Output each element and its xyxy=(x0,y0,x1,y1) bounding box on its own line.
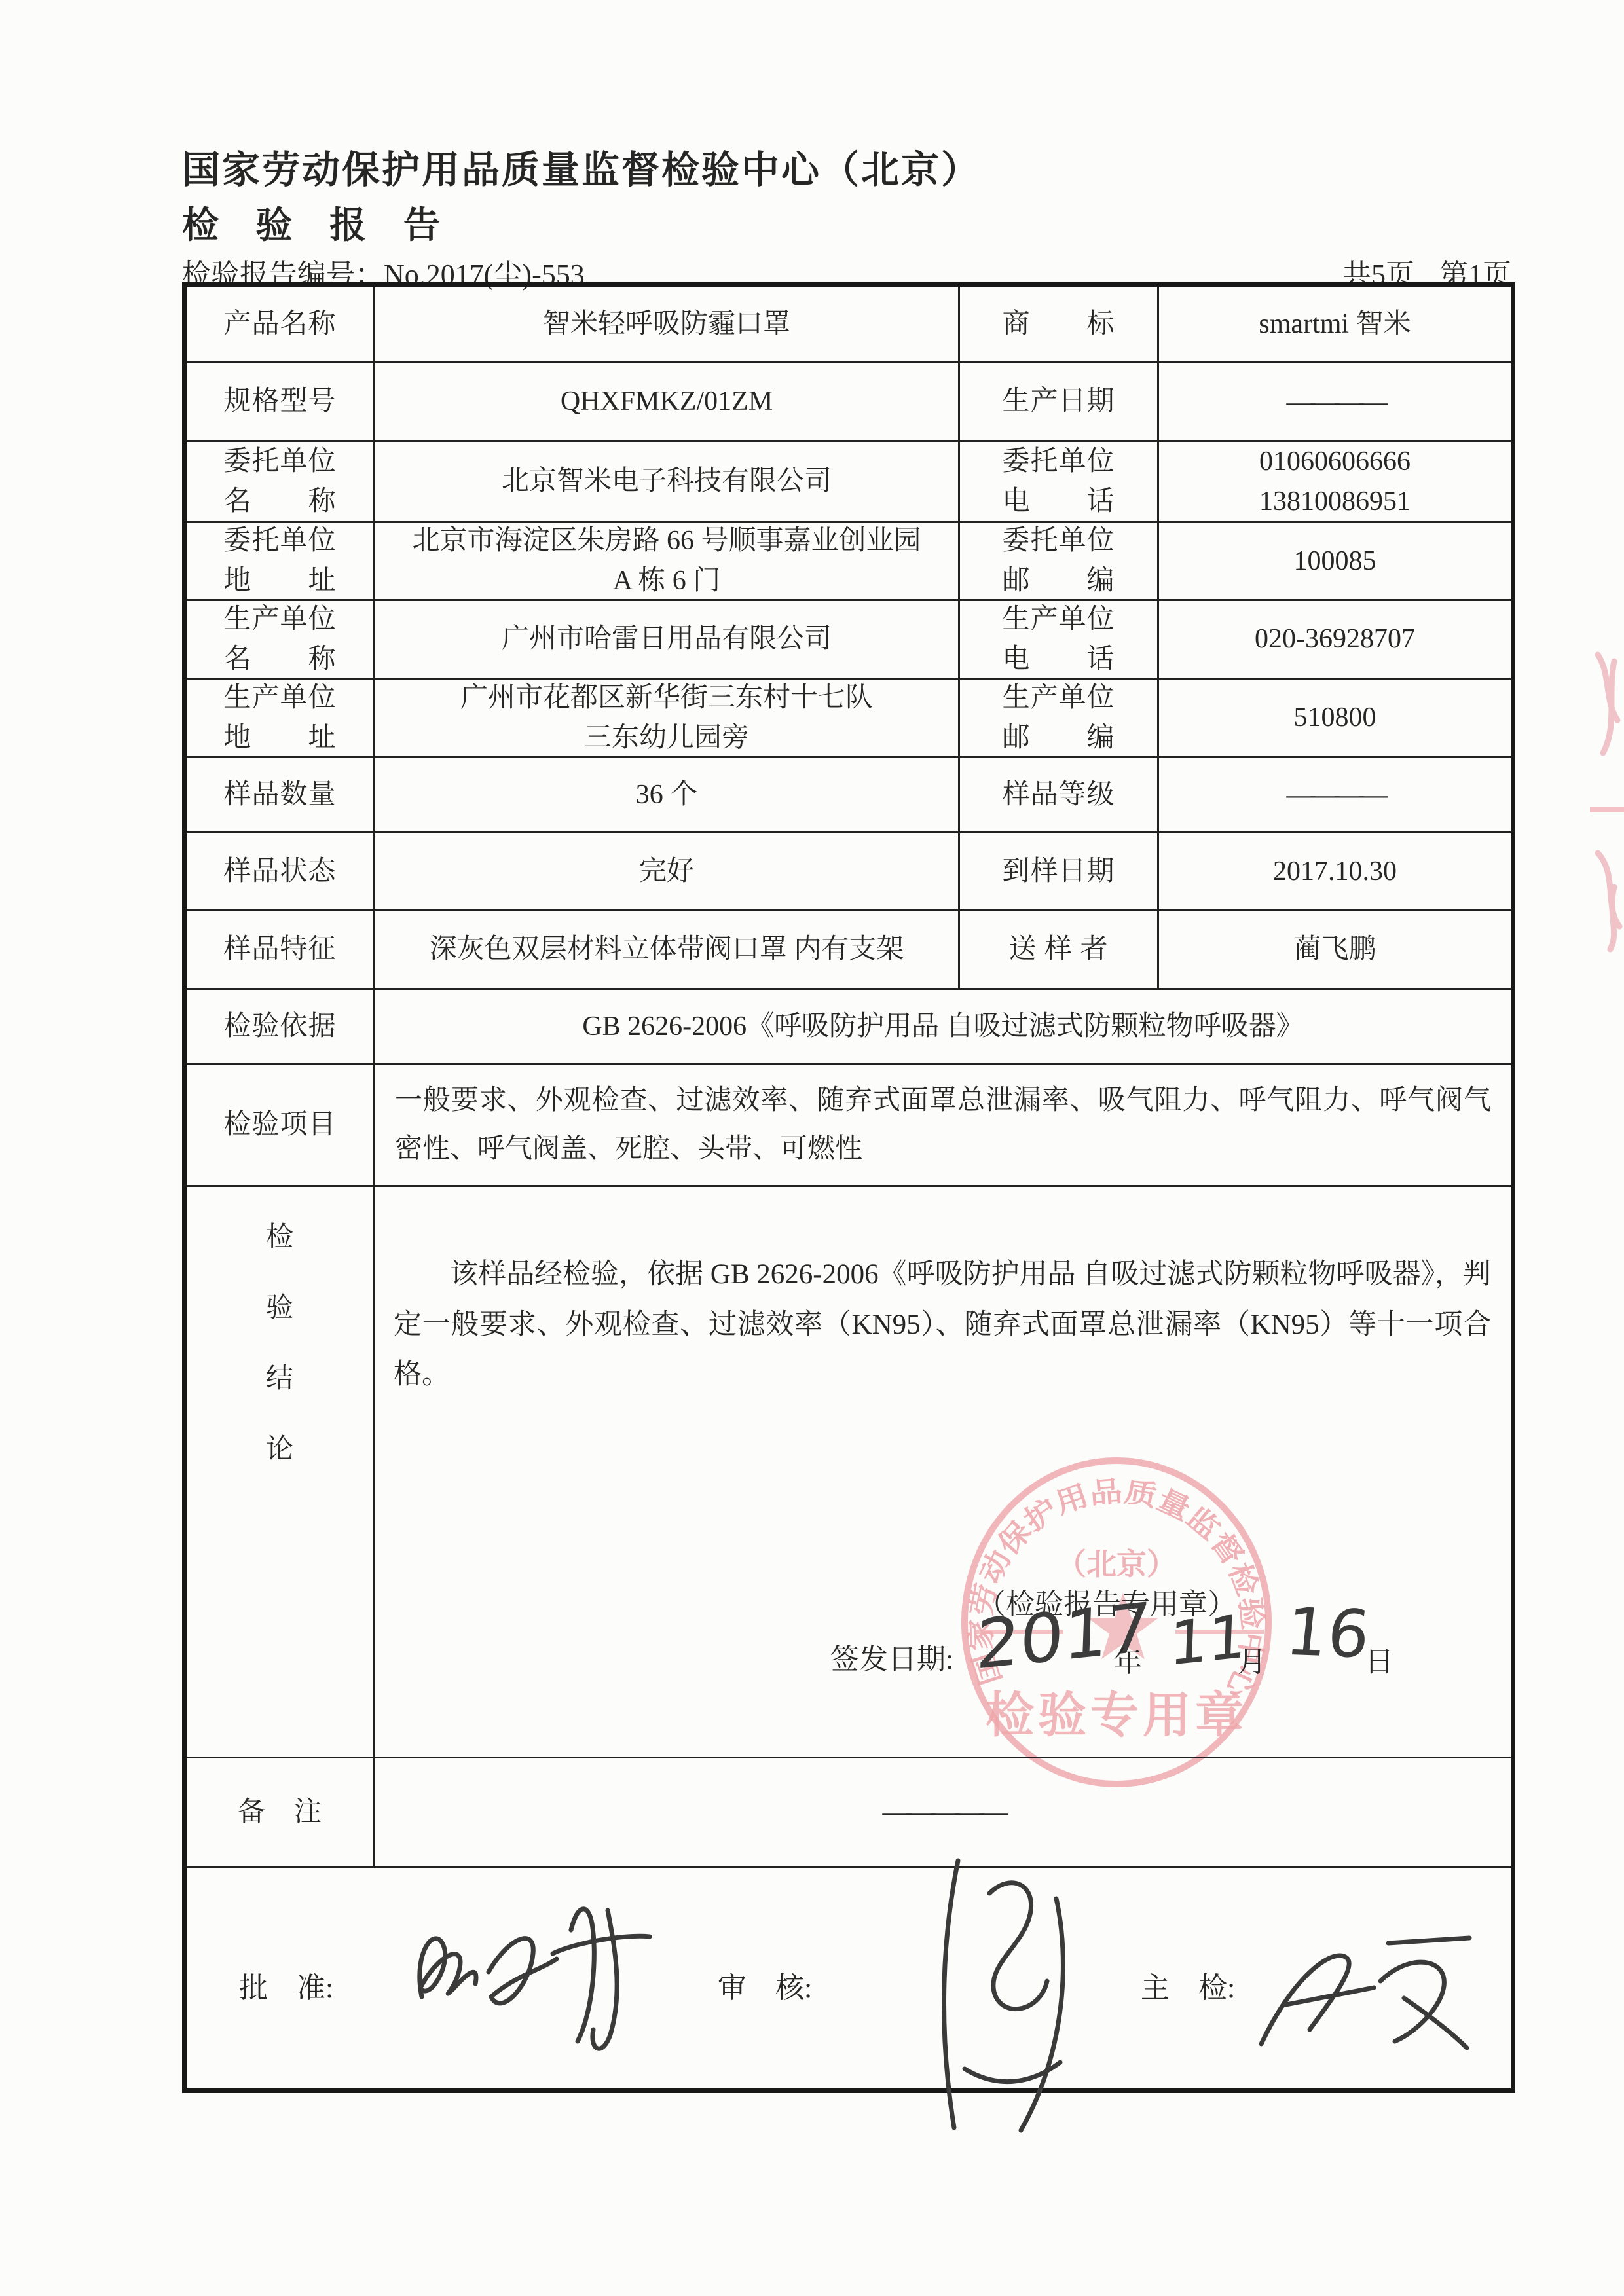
label-client-zip: 委托单位 邮 编 xyxy=(960,523,1159,601)
reviewer-signature xyxy=(861,1853,1110,2134)
value-inspection-basis: GB 2626-2006《呼吸防护用品 自吸过滤式防颗粒物呼吸器》 xyxy=(375,990,1511,1065)
label-sample-condition: 样品状态 xyxy=(187,833,375,911)
label-manufacturer-phone: 生产单位 电 话 xyxy=(960,601,1159,680)
value-sample-features: 深灰色双层材料立体带阀口罩 内有支架 xyxy=(375,911,960,990)
conclusion-label-char: 结 xyxy=(266,1365,294,1393)
red-stamp-fragment xyxy=(1590,807,1624,812)
label-model: 规格型号 xyxy=(187,363,375,442)
label-remark: 备 注 xyxy=(187,1758,375,1868)
value-client-zip: 100085 xyxy=(1159,523,1511,601)
approver-signature xyxy=(399,1892,668,2056)
label-sample-quantity: 样品数量 xyxy=(187,758,375,833)
review-label: 审 核: xyxy=(718,1964,812,2006)
value-manufacturer-address: 广州市花都区新华街三东村十七队 三东幼儿园旁 xyxy=(375,680,960,758)
handwritten-month: 11 xyxy=(1168,1601,1248,1679)
label-inspection-basis: 检验依据 xyxy=(187,990,375,1065)
red-stamp-fragment xyxy=(1585,648,1624,759)
value-manufacturer-name: 广州市哈雷日用品有限公司 xyxy=(375,601,960,680)
handwritten-day: 16 xyxy=(1282,1594,1373,1673)
value-client-address: 北京市海淀区朱房路 66 号顺事嘉业创业园 A 栋 6 门 xyxy=(375,523,960,601)
stamp-center-text: （北京） xyxy=(1056,1548,1177,1581)
label-client-phone: 委托单位 电 话 xyxy=(960,442,1159,523)
label-client-address: 委托单位 地 址 xyxy=(187,523,375,601)
value-client-name: 北京智米电子科技有限公司 xyxy=(375,442,960,523)
label-sample-grade: 样品等级 xyxy=(960,758,1159,833)
conclusion-label-char: 检 xyxy=(266,1224,294,1251)
value-manufacturer-phone: 020-36928707 xyxy=(1159,601,1511,680)
label-inspection-items: 检验项目 xyxy=(187,1065,375,1187)
value-model: QHXFMKZ/01ZM xyxy=(375,363,960,442)
page-title: 国家劳动保护用品质量监督检验中心（北京） xyxy=(182,139,1515,194)
label-sample-features: 样品特征 xyxy=(187,911,375,990)
approve-label: 批 准: xyxy=(239,1964,333,2006)
red-stamp-fragment xyxy=(1588,848,1624,953)
month-char: 月 xyxy=(1238,1638,1266,1680)
value-manufacturer-zip: 510800 xyxy=(1159,680,1511,758)
label-inspection-conclusion: 检 验 结 论 xyxy=(187,1187,375,1758)
label-manufacturer-zip: 生产单位 邮 编 xyxy=(960,680,1159,758)
page-subtitle: 检 验 报 告 xyxy=(182,196,1515,249)
value-arrival-date: 2017.10.30 xyxy=(1159,833,1511,911)
conclusion-text: 该样品经检验，依据 GB 2626-2006《呼吸防护用品 自吸过滤式防颗粒物呼… xyxy=(394,1250,1491,1400)
label-sample-sender: 送 样 者 xyxy=(960,911,1159,990)
value-trademark: smartmi 智米 xyxy=(1159,287,1511,363)
issue-date-label: 签发日期: xyxy=(830,1635,953,1677)
value-inspection-items: 一般要求、外观检查、过滤效率、随弃式面罩总泄漏率、吸气阻力、呼气阻力、呼气阀气密… xyxy=(375,1065,1511,1187)
inspection-table: 产品名称 智米轻呼吸防霾口罩 商 标 smartmi 智米 规格型号 QHXFM… xyxy=(182,282,1515,2093)
label-client-name: 委托单位 名 称 xyxy=(187,442,375,523)
day-char: 日 xyxy=(1365,1638,1393,1680)
value-product-name: 智米轻呼吸防霾口罩 xyxy=(375,287,960,363)
label-manufacturer-address: 生产单位 地 址 xyxy=(187,680,375,758)
inspect-label: 主 检: xyxy=(1141,1964,1235,2006)
inspection-report-page: 国家劳动保护用品质量监督检验中心（北京） 检 验 报 告 检验报告编号：No.2… xyxy=(0,0,1624,2296)
label-product-name: 产品名称 xyxy=(187,287,375,363)
label-trademark: 商 标 xyxy=(960,287,1159,363)
inspector-signature xyxy=(1249,1918,1479,2082)
conclusion-label-char: 验 xyxy=(266,1294,294,1322)
year-char: 年 xyxy=(1113,1638,1142,1680)
stamp-bottom-text: 检验专用章 xyxy=(986,1689,1247,1743)
conclusion-label-char: 论 xyxy=(266,1436,294,1463)
label-arrival-date: 到样日期 xyxy=(960,833,1159,911)
value-sample-sender: 蔺飞鹏 xyxy=(1159,911,1511,990)
value-sample-condition: 完好 xyxy=(375,833,960,911)
label-manufacturer-name: 生产单位 名 称 xyxy=(187,601,375,680)
value-production-date: ———— xyxy=(1159,363,1511,442)
value-sample-grade: ———— xyxy=(1159,758,1511,833)
inspection-table-grid: 产品名称 智米轻呼吸防霾口罩 商 标 smartmi 智米 规格型号 QHXFM… xyxy=(187,287,1511,2088)
value-client-phone: 01060606666 13810086951 xyxy=(1159,442,1511,523)
value-sample-quantity: 36 个 xyxy=(375,758,960,833)
label-production-date: 生产日期 xyxy=(960,363,1159,442)
